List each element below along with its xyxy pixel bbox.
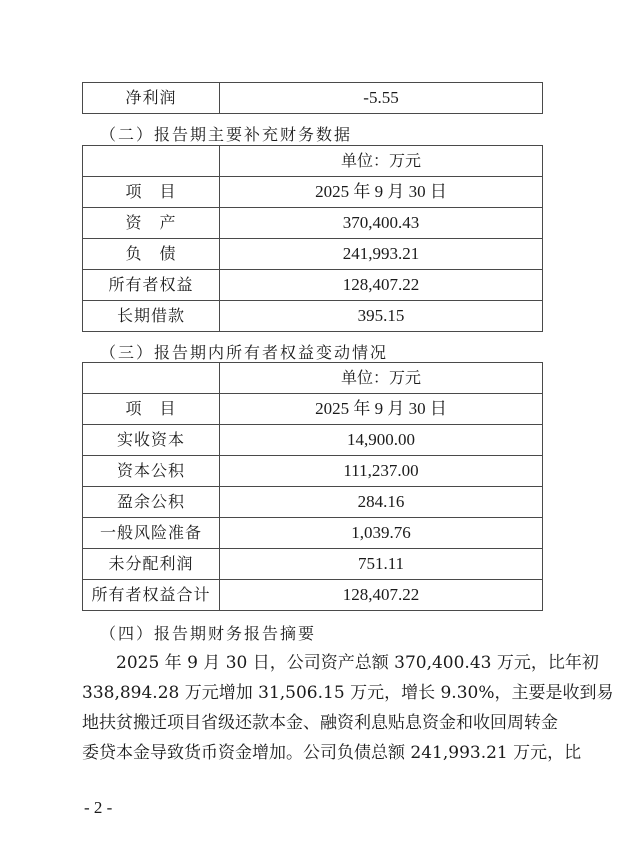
row-label: 长期借款 [83, 301, 220, 332]
unit-row: 单位：万元 [83, 146, 543, 177]
row-value: 395.15 [220, 301, 543, 332]
row-label: 一般风险准备 [83, 518, 220, 549]
row-label: 所有者权益 [83, 270, 220, 301]
section-heading-2: （二）报告期主要补充财务数据 [100, 122, 352, 145]
table-row: 实收资本 14,900.00 [83, 425, 543, 456]
row-value: 370,400.43 [220, 208, 543, 239]
row-value: 111,237.00 [220, 456, 543, 487]
row-value: 128,407.22 [220, 580, 543, 611]
unit-label: 单位：万元 [220, 146, 543, 177]
table-row: 一般风险准备 1,039.76 [83, 518, 543, 549]
unit-label: 单位：万元 [220, 363, 543, 394]
date-header: 2025 年 9 月 30 日 [220, 177, 543, 208]
paragraph-line: 地扶贫搬迁项目省级还款本金、融资利息贴息资金和收回周转金 [82, 708, 545, 738]
table-row: 所有者权益合计 128,407.22 [83, 580, 543, 611]
row-label: 负 债 [83, 239, 220, 270]
table-row: 盈余公积 284.16 [83, 487, 543, 518]
row-value: 751.11 [220, 549, 543, 580]
date-header: 2025 年 9 月 30 日 [220, 394, 543, 425]
item-header: 项 目 [83, 394, 220, 425]
row-value: -5.55 [220, 83, 543, 114]
paragraph-line: 2025 年 9 月 30 日，公司资产总额 370,400.43 万元，比年初 [82, 648, 545, 678]
equity-change-table: 单位：万元 项 目 2025 年 9 月 30 日 实收资本 14,900.00… [82, 362, 543, 611]
table-row: 净利润 -5.55 [83, 83, 543, 114]
row-label: 资本公积 [83, 456, 220, 487]
table-row: 长期借款 395.15 [83, 301, 543, 332]
row-label: 所有者权益合计 [83, 580, 220, 611]
paragraph-line: 委贷本金导致货币资金增加。公司负债总额 241,993.21 万元，比 [82, 738, 545, 768]
section-heading-4: （四）报告期财务报告摘要 [100, 621, 316, 644]
table-row: 资 产 370,400.43 [83, 208, 543, 239]
row-label: 实收资本 [83, 425, 220, 456]
paragraph-line: 338,894.28 万元增加 31,506.15 万元，增长 9.30%，主要… [82, 678, 545, 708]
section-heading-3: （三）报告期内所有者权益变动情况 [100, 340, 388, 363]
row-label: 未分配利润 [83, 549, 220, 580]
net-profit-table: 净利润 -5.55 [82, 82, 543, 114]
table-row: 负 债 241,993.21 [83, 239, 543, 270]
item-header: 项 目 [83, 177, 220, 208]
supplementary-financial-table: 单位：万元 项 目 2025 年 9 月 30 日 资 产 370,400.43… [82, 145, 543, 332]
row-value: 1,039.76 [220, 518, 543, 549]
row-label: 净利润 [83, 83, 220, 114]
table-row: 资本公积 111,237.00 [83, 456, 543, 487]
row-value: 284.16 [220, 487, 543, 518]
row-label: 资 产 [83, 208, 220, 239]
header-row: 项 目 2025 年 9 月 30 日 [83, 394, 543, 425]
row-label: 盈余公积 [83, 487, 220, 518]
row-value: 241,993.21 [220, 239, 543, 270]
header-row: 项 目 2025 年 9 月 30 日 [83, 177, 543, 208]
table-row: 所有者权益 128,407.22 [83, 270, 543, 301]
row-value: 14,900.00 [220, 425, 543, 456]
unit-row: 单位：万元 [83, 363, 543, 394]
table-row: 未分配利润 751.11 [83, 549, 543, 580]
page-number: - 2 - [84, 798, 112, 818]
summary-paragraph: 2025 年 9 月 30 日，公司资产总额 370,400.43 万元，比年初… [82, 648, 545, 768]
row-value: 128,407.22 [220, 270, 543, 301]
